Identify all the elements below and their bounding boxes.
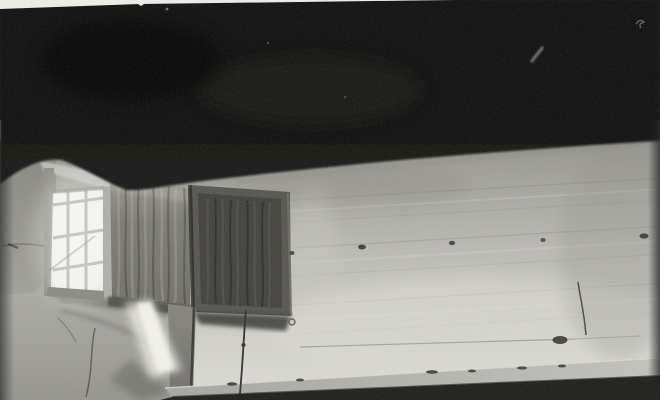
bw-interior-photograph <box>0 0 660 400</box>
photo-canvas <box>0 0 660 400</box>
film-grain <box>0 0 660 400</box>
